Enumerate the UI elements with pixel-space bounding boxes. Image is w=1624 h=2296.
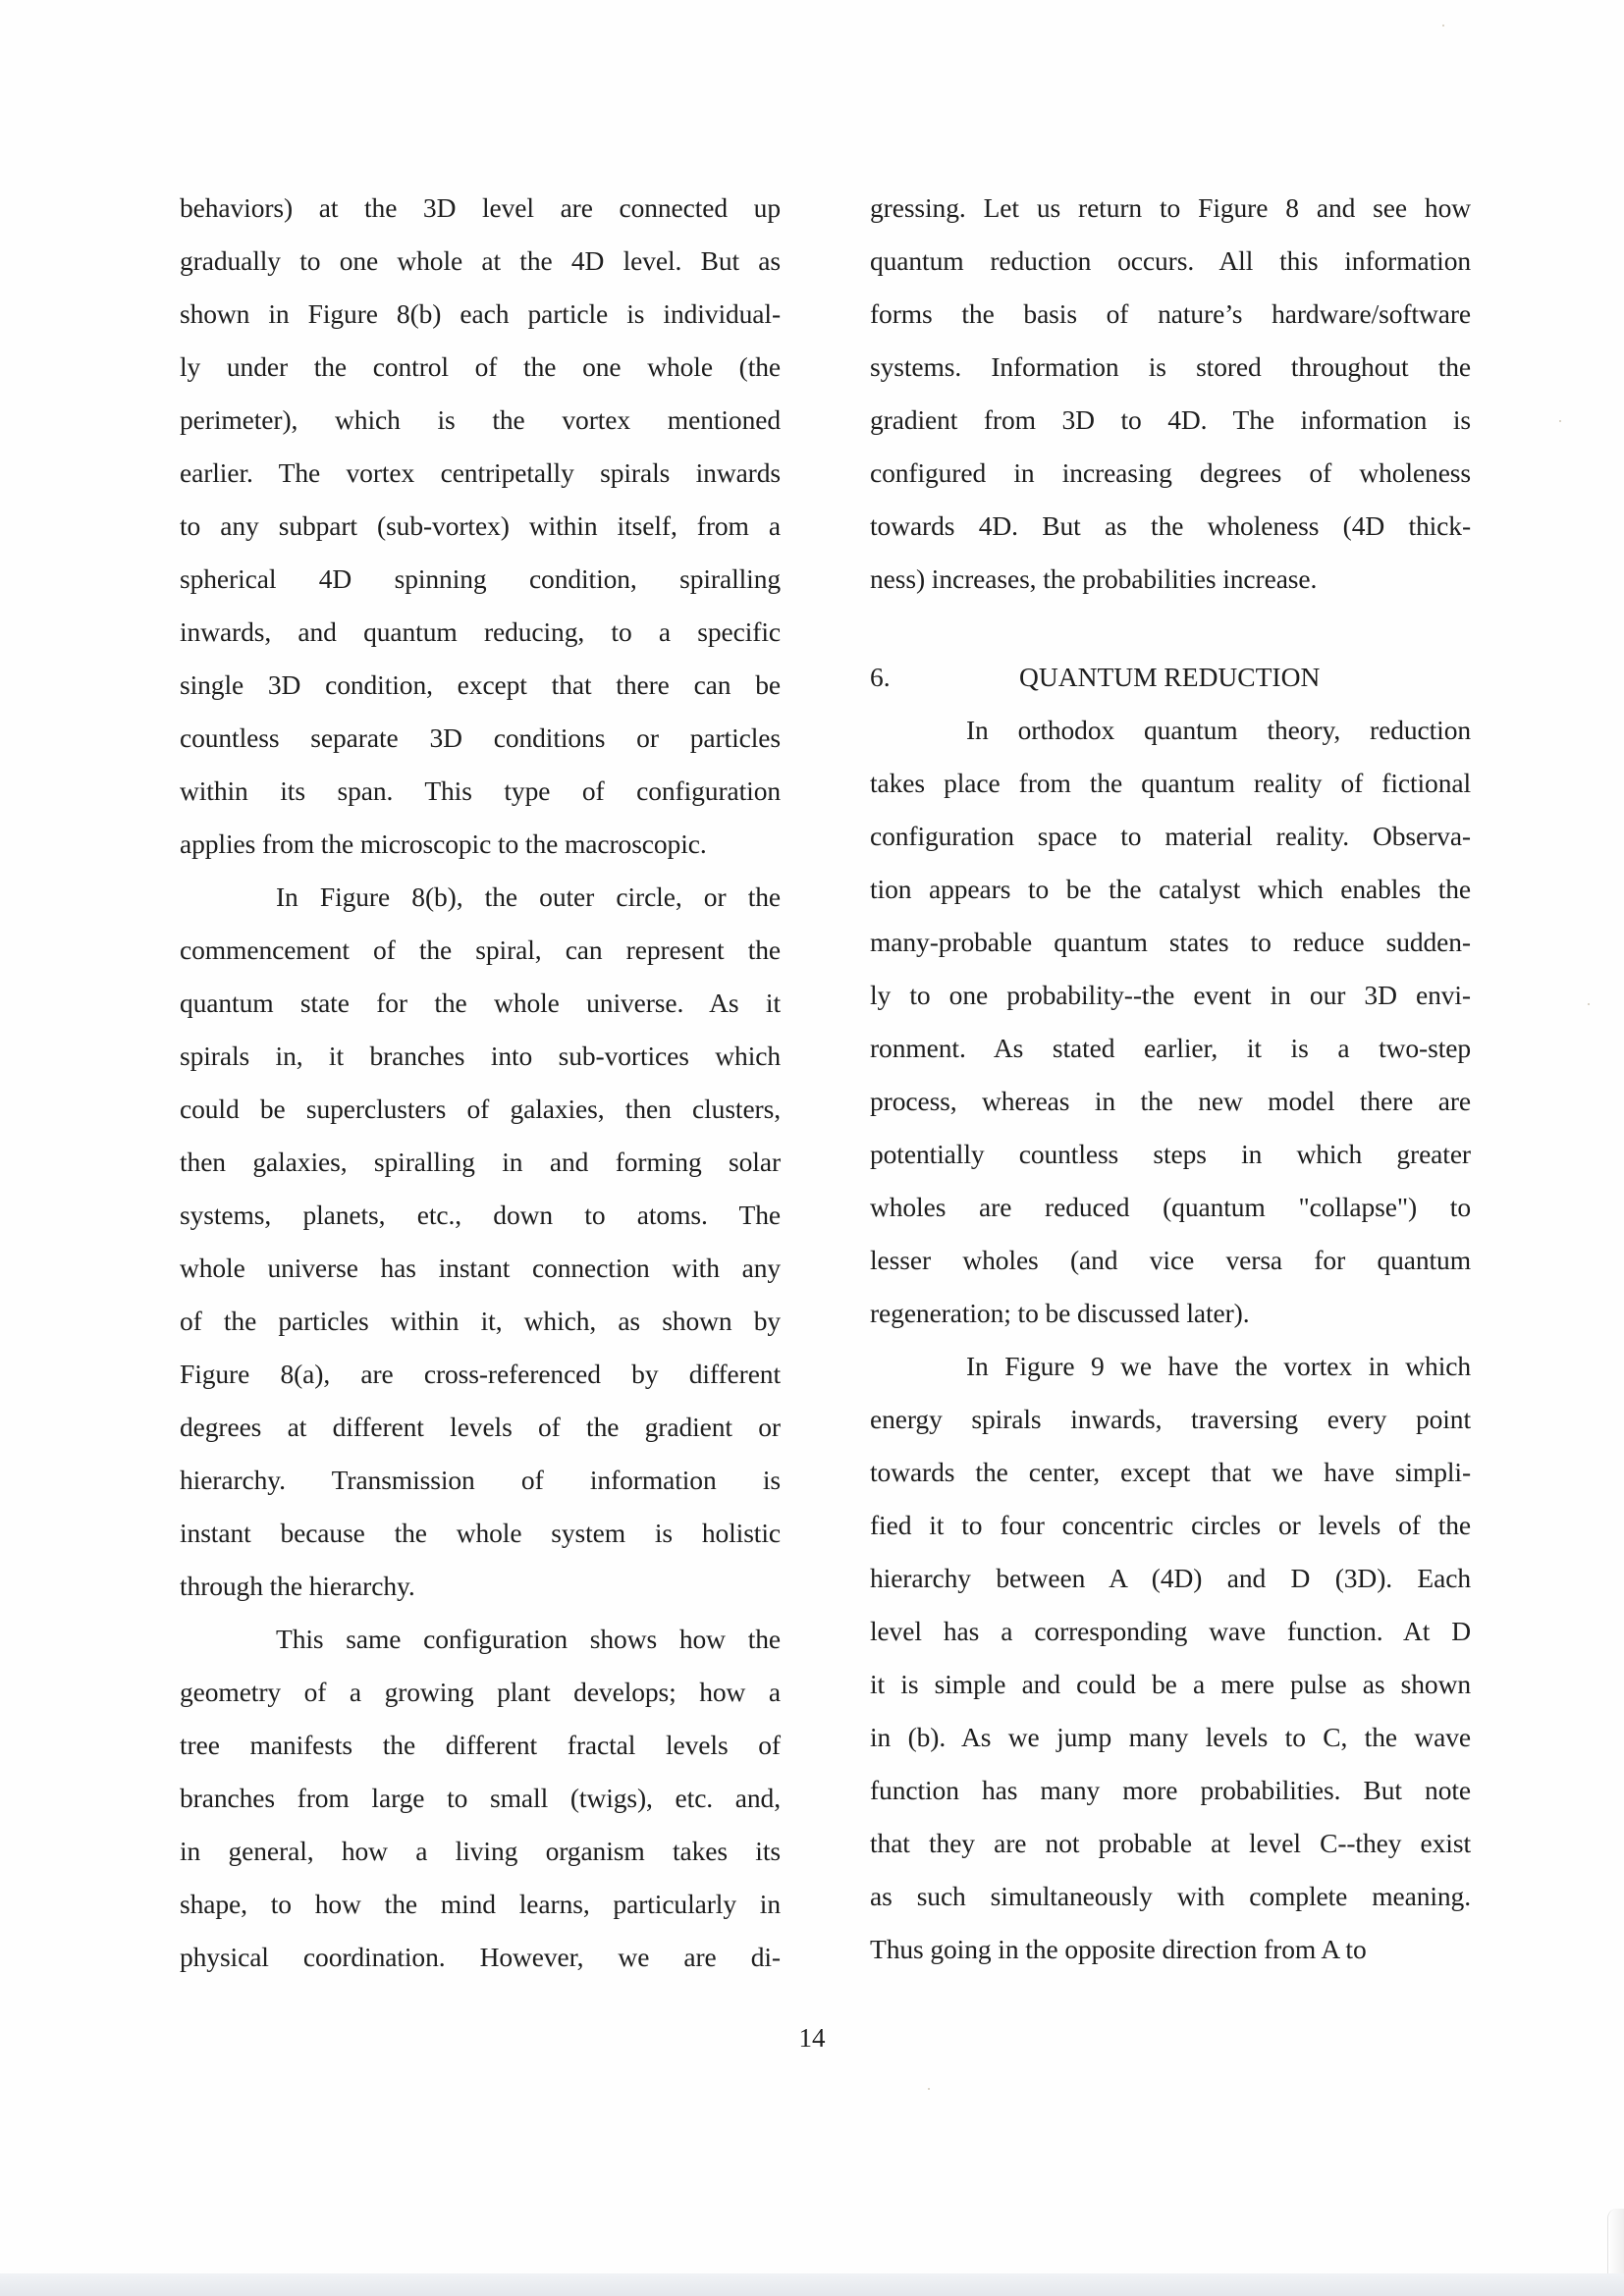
text-line: through the hierarchy. [180,1560,781,1613]
section-title: QUANTUM REDUCTION [1019,651,1320,704]
right-column: gressing. Let us return to Figure 8 and … [870,182,1471,1976]
text-line: inwards, and quantum reducing, to a spec… [180,606,781,659]
text-line: process, whereas in the new model there … [870,1075,1471,1128]
text-line: ly to one probability--the event in our … [870,969,1471,1022]
text-line: This same configuration shows how the [180,1613,781,1666]
scan-speck [928,2088,930,2090]
text-line: In Figure 9 we have the vortex in which [870,1340,1471,1393]
text-line: spherical 4D spinning condition, spirall… [180,553,781,606]
scan-bottom-edge [0,2273,1624,2296]
text-line: commencement of the spiral, can represen… [180,924,781,977]
text-line: hierarchy between A (4D) and D (3D). Eac… [870,1552,1471,1605]
text-line: wholes are reduced (quantum "collapse") … [870,1181,1471,1234]
text-line: energy spirals inwards, traversing every… [870,1393,1471,1446]
page-curl-shadow [1607,2209,1624,2277]
text-line: many-probable quantum states to reduce s… [870,916,1471,969]
text-line: degrees at different levels of the gradi… [180,1401,781,1454]
text-line: tion appears to be the catalyst which en… [870,863,1471,916]
text-line: single 3D condition, except that there c… [180,659,781,712]
page-number: 14 [0,2018,1624,2057]
text-line: shape, to how the mind learns, particula… [180,1878,781,1931]
text-line: regeneration; to be discussed later). [870,1287,1471,1340]
text-line: potentially countless steps in which gre… [870,1128,1471,1181]
left-paragraph-2: In Figure 8(b), the outer circle, or the… [180,871,781,1613]
text-line: Thus going in the opposite direction fro… [870,1923,1471,1976]
text-line: function has many more probabilities. Bu… [870,1764,1471,1817]
text-line: countless separate 3D conditions or part… [180,712,781,765]
text-line: of the particles within it, which, as sh… [180,1295,781,1348]
text-line: gressing. Let us return to Figure 8 and … [870,182,1471,235]
text-line: In Figure 8(b), the outer circle, or the [180,871,781,924]
text-line: that they are not probable at level C--t… [870,1817,1471,1870]
section-heading: 6. QUANTUM REDUCTION [870,651,1471,704]
text-line: in (b). As we jump many levels to C, the… [870,1711,1471,1764]
text-line: behaviors) at the 3D level are connected… [180,182,781,235]
text-line: takes place from the quantum reality of … [870,757,1471,810]
text-line: in general, how a living organism takes … [180,1825,781,1878]
text-line: gradually to one whole at the 4D level. … [180,235,781,288]
text-line: level has a corresponding wave function.… [870,1605,1471,1658]
text-line: instant because the whole system is holi… [180,1507,781,1560]
scan-speck [1442,25,1444,27]
right-paragraph-1: gressing. Let us return to Figure 8 and … [870,182,1471,606]
text-line: whole universe has instant connection wi… [180,1242,781,1295]
text-line: configured in increasing degrees of whol… [870,447,1471,500]
document-page: behaviors) at the 3D level are connected… [0,0,1624,2296]
scan-speck [1559,420,1561,422]
text-line: tree manifests the different fractal lev… [180,1719,781,1772]
text-line: systems. Information is stored throughou… [870,341,1471,394]
text-line: to any subpart (sub-vortex) within itsel… [180,500,781,553]
text-line: geometry of a growing plant develops; ho… [180,1666,781,1719]
left-column: behaviors) at the 3D level are connected… [180,182,781,1984]
right-paragraph-2: In orthodox quantum theory, reduction ta… [870,704,1471,1340]
text-line: it is simple and could be a mere pulse a… [870,1658,1471,1711]
text-line: within its span. This type of configurat… [180,765,781,818]
text-line: then galaxies, spiralling in and forming… [180,1136,781,1189]
text-line: ly under the control of the one whole (t… [180,341,781,394]
left-paragraph-1: behaviors) at the 3D level are connected… [180,182,781,871]
text-line: towards 4D. But as the wholeness (4D thi… [870,500,1471,553]
text-line: In orthodox quantum theory, reduction [870,704,1471,757]
text-line: lesser wholes (and vice versa for quantu… [870,1234,1471,1287]
text-line: fied it to four concentric circles or le… [870,1499,1471,1552]
text-line: quantum state for the whole universe. As… [180,977,781,1030]
text-line: systems, planets, etc., down to atoms. T… [180,1189,781,1242]
text-line: hierarchy. Transmission of information i… [180,1454,781,1507]
left-paragraph-3: This same configuration shows how the ge… [180,1613,781,1984]
text-line: Figure 8(a), are cross-referenced by dif… [180,1348,781,1401]
text-line: quantum reduction occurs. All this infor… [870,235,1471,288]
text-line: applies from the microscopic to the macr… [180,818,781,871]
text-line: ronment. As stated earlier, it is a two-… [870,1022,1471,1075]
text-line: perimeter), which is the vortex mentione… [180,394,781,447]
section-spacer [870,606,1471,651]
text-line: spirals in, it branches into sub-vortice… [180,1030,781,1083]
text-line: shown in Figure 8(b) each particle is in… [180,288,781,341]
text-line: physical coordination. However, we are d… [180,1931,781,1984]
text-line: towards the center, except that we have … [870,1446,1471,1499]
text-line: earlier. The vortex centripetally spiral… [180,447,781,500]
text-line: configuration space to material reality.… [870,810,1471,863]
text-line: forms the basis of nature’s hardware/sof… [870,288,1471,341]
text-line: branches from large to small (twigs), et… [180,1772,781,1825]
scan-speck [1588,1003,1590,1005]
text-line: ness) increases, the probabilities incre… [870,553,1471,606]
right-paragraph-3: In Figure 9 we have the vortex in which … [870,1340,1471,1976]
text-line: gradient from 3D to 4D. The information … [870,394,1471,447]
text-line: could be superclusters of galaxies, then… [180,1083,781,1136]
text-line: as such simultaneously with complete mea… [870,1870,1471,1923]
section-number: 6. [870,651,1019,704]
